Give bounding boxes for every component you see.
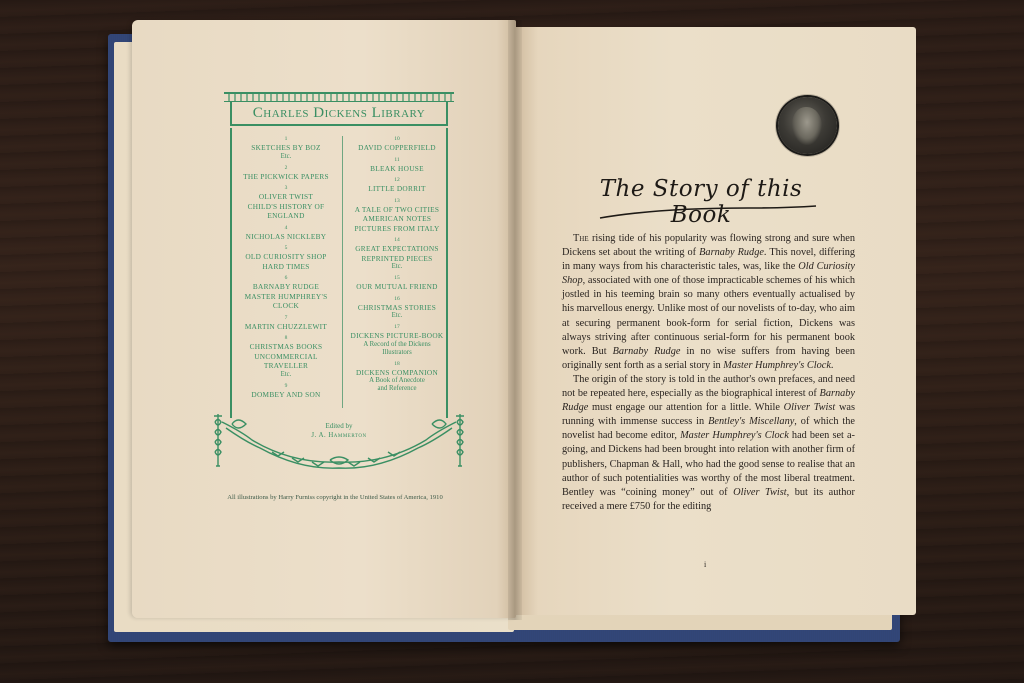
dickens-portrait-medallion-icon <box>778 97 837 154</box>
cornice-ornament <box>224 92 454 102</box>
volume-item: 8 CHRISTMAS BOOKS UNCOMMERCIAL TRAVELLER… <box>232 335 340 379</box>
volume-item: 11 BLEAK HOUSE <box>344 157 450 174</box>
column-divider <box>342 136 343 408</box>
volume-item: 16 CHRISTMAS STORIES Etc. <box>344 296 450 321</box>
library-frame: Charles Dickens Library 1 SKETCHES BY BO… <box>212 92 466 472</box>
portrait-profile <box>792 107 822 145</box>
volume-item: 1 SKETCHES BY BOZ Etc. <box>232 136 340 161</box>
volume-item: 7 MARTIN CHUZZLEWIT <box>232 315 340 332</box>
volume-item: 3 OLIVER TWIST CHILD'S HISTORY OF ENGLAN… <box>232 185 340 221</box>
book-gutter <box>508 20 522 620</box>
volume-list: 1 SKETCHES BY BOZ Etc. 2 THE PICKWICK PA… <box>230 128 448 418</box>
editor-credit: Edited by J. A. Hammerton <box>212 422 466 440</box>
paragraph-1: The rising tide of his popularity was fl… <box>562 232 855 373</box>
copyright-note: All illustrations by Harry Furniss copyr… <box>200 494 470 501</box>
volume-column-left: 1 SKETCHES BY BOZ Etc. 2 THE PICKWICK PA… <box>232 136 340 403</box>
paragraph-2: The origin of the story is told in the a… <box>562 373 855 514</box>
title-flourish <box>598 204 818 220</box>
volume-item: 13 A TALE OF TWO CITIES AMERICAN NOTES P… <box>344 198 450 234</box>
volume-item: 4 NICHOLAS NICKLEBY <box>232 225 340 242</box>
volume-item: 15 OUR MUTUAL FRIEND <box>344 275 450 292</box>
volume-item: 9 DOMBEY AND SON <box>232 383 340 400</box>
volume-item: 6 BARNABY RUDGE MASTER HUMPHREY'S CLOCK <box>232 275 340 311</box>
volume-item: 17 DICKENS PICTURE-BOOK A Record of the … <box>344 324 450 357</box>
volume-item: 18 DICKENS COMPANION A Book of Anecdote … <box>344 361 450 394</box>
library-title-band: Charles Dickens Library <box>230 102 448 126</box>
volume-item: 10 DAVID COPPERFIELD <box>344 136 450 153</box>
library-title: Charles Dickens Library <box>253 105 425 121</box>
body-text: The rising tide of his popularity was fl… <box>562 232 855 514</box>
volume-item: 12 LITTLE DORRIT <box>344 177 450 194</box>
volume-item: 2 THE PICKWICK PAPERS <box>232 165 340 182</box>
chapter-title: The Story of this Book <box>566 176 836 228</box>
volume-item: 14 GREAT EXPECTATIONS REPRINTED PIECES E… <box>344 237 450 271</box>
volume-column-right: 10 DAVID COPPERFIELD 11 BLEAK HOUSE 12 L… <box>344 136 450 397</box>
page-number: i <box>704 560 706 569</box>
volume-item: 5 OLD CURIOSITY SHOP HARD TIMES <box>232 245 340 271</box>
